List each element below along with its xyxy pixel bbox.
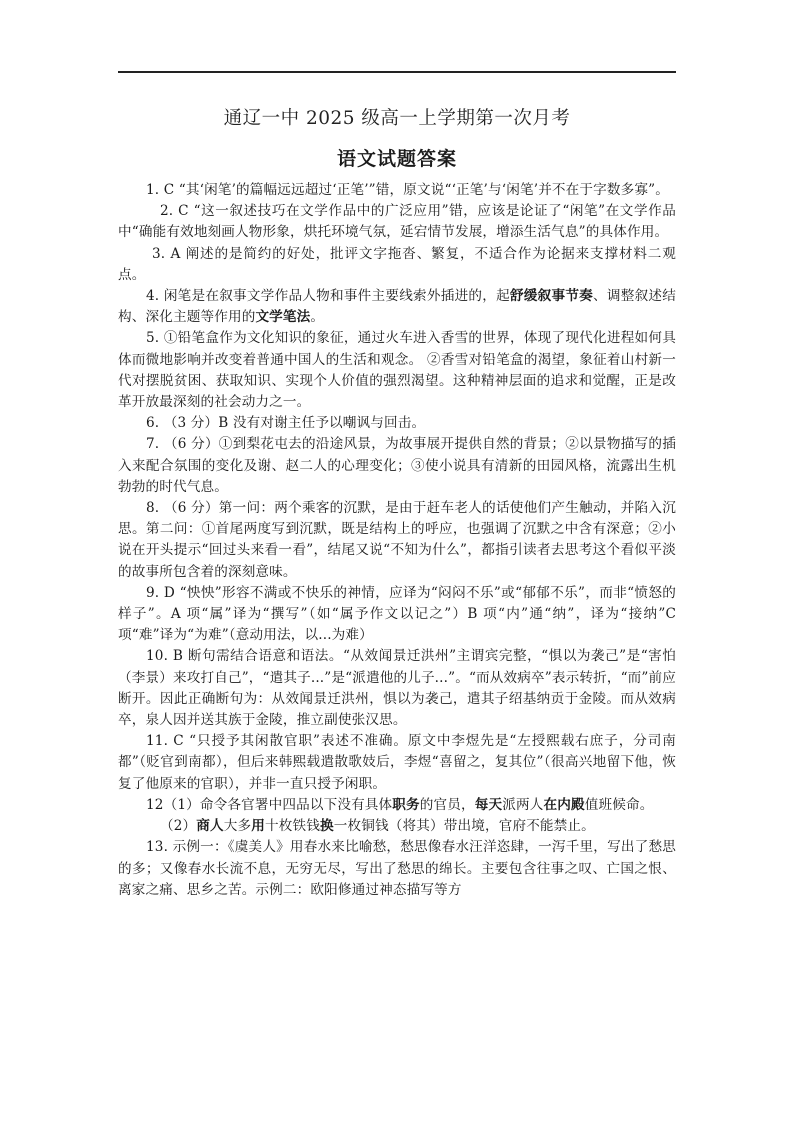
answer-text: 2. C “这一叙述技巧在文学作品中的广泛应用”错，应该是论证了“闲笔”在文学作… — [118, 203, 676, 240]
header-rule — [118, 71, 676, 73]
answer-text: 6. （3 分）B 没有对谢主任予以嘲讽与回击。 — [146, 415, 425, 431]
answer-text: 11. C “只授予其闲散官职”表述不准确。原文中李煜先是“左授熙载右庶子，分司… — [118, 733, 676, 791]
answer-q9: 9. D “怏怏”形容不满或不快乐的神情，应译为“闷闷不乐”或“郁郁不乐”，而非… — [118, 583, 676, 647]
answer-q13: 13. 示例一：《虞美人》用春水来比喻愁，愁思像春水汪洋恣肆，一泻千里，写出了愁… — [118, 837, 676, 901]
bold-keyword: 商人 — [196, 818, 224, 834]
answer-q8: 8. （6 分）第一问：两个乘客的沉默，是由于赶车老人的话使他们产生触动，并陷入… — [118, 498, 676, 583]
answer-text: 4. 闲笔是在叙事文学作品人物和事件主要线索外插进的，起 — [146, 288, 510, 304]
document-subtitle: 语文试题答案 — [0, 144, 794, 171]
answer-q4: 4. 闲笔是在叙事文学作品人物和事件主要线索外插进的，起舒缓叙事节奏、调整叙述结… — [118, 286, 676, 328]
answer-text: 派两人 — [502, 797, 543, 813]
answer-text: 十枚铁钱 — [265, 818, 320, 834]
answer-q12-2: （2）商人大多用十枚铁钱换一枚铜钱（将其）带出境，官府不能禁止。 — [118, 816, 676, 837]
answer-q1: 1. C “其‘闲笔’的篇幅远远超过‘正笔’”错，原文说“‘正笔’与‘闲笔’并不… — [118, 180, 676, 201]
bold-keyword: 每天 — [475, 797, 503, 813]
bold-keyword: 职务 — [392, 797, 420, 813]
answer-text: 5. ①铅笔盒作为文化知识的象征，通过火车进入香雪的世界，体现了现代化进程如何具… — [118, 330, 676, 410]
answer-text: 7. （6 分）①到梨花屯去的沿途风景，为故事展开提供自然的背景；②以景物描写的… — [118, 436, 676, 494]
answer-text: 10. B 断句需结合语意和语法。“从效闻景迁洪州”主谓宾完整，“惧以为袭己”是… — [118, 648, 676, 728]
answer-q12-1: 12（1）命令各官署中四品以下没有具体职务的官员，每天派两人在内殿值班候命。 — [118, 795, 676, 816]
answer-list: 1. C “其‘闲笔’的篇幅远远超过‘正笔’”错，原文说“‘正笔’与‘闲笔’并不… — [118, 180, 676, 901]
bold-keyword: 用 — [251, 818, 265, 834]
answer-text: 12（1）命令各官署中四品以下没有具体 — [146, 797, 392, 813]
answer-text: 3. A 阐述的是简约的好处，批评文字拖沓、繁复，不适合作为论据来支撑材料二观点… — [118, 246, 676, 283]
bold-keyword: 换 — [320, 818, 334, 834]
answer-q3: 3. A 阐述的是简约的好处，批评文字拖沓、繁复，不适合作为论据来支撑材料二观点… — [118, 244, 676, 286]
answer-text: 一枚铜钱（将其）带出境，官府不能禁止。 — [334, 818, 595, 834]
answer-q6: 6. （3 分）B 没有对谢主任予以嘲讽与回击。 — [118, 413, 676, 434]
document-title: 通辽一中 2025 级高一上学期第一次月考 — [0, 104, 794, 130]
bold-keyword: 在内殿 — [544, 797, 585, 813]
answer-text: 大多 — [224, 818, 252, 834]
answer-q5: 5. ①铅笔盒作为文化知识的象征，通过火车进入香雪的世界，体现了现代化进程如何具… — [118, 328, 676, 413]
answer-text: 13. 示例一：《虞美人》用春水来比喻愁，愁思像春水汪洋恣肆，一泻千里，写出了愁… — [118, 839, 676, 897]
answer-q2: 2. C “这一叙述技巧在文学作品中的广泛应用”错，应该是论证了“闲笔”在文学作… — [118, 201, 676, 243]
bold-keyword: 舒缓叙事节奏 — [510, 288, 593, 304]
answer-text: 9. D “怏怏”形容不满或不快乐的神情，应译为“闷闷不乐”或“郁郁不乐”，而非… — [118, 585, 676, 643]
answer-text: 1. C “其‘闲笔’的篇幅远远超过‘正笔’”错，原文说“‘正笔’与‘闲笔’并不… — [146, 182, 669, 198]
answer-text: 值班候命。 — [585, 797, 654, 813]
answer-q7: 7. （6 分）①到梨花屯去的沿途风景，为故事展开提供自然的背景；②以景物描写的… — [118, 434, 676, 498]
answer-text: 的官员， — [420, 797, 475, 813]
answer-text: 。 — [310, 309, 324, 325]
answer-text: 8. （6 分）第一问：两个乘客的沉默，是由于赶车老人的话使他们产生触动，并陷入… — [118, 500, 676, 580]
answer-text: （2） — [160, 818, 196, 834]
answer-q11: 11. C “只授予其闲散官职”表述不准确。原文中李煜先是“左授熙载右庶子，分司… — [118, 731, 676, 795]
bold-keyword: 文学笔法 — [255, 309, 310, 325]
answer-q10: 10. B 断句需结合语意和语法。“从效闻景迁洪州”主谓宾完整，“惧以为袭己”是… — [118, 646, 676, 731]
